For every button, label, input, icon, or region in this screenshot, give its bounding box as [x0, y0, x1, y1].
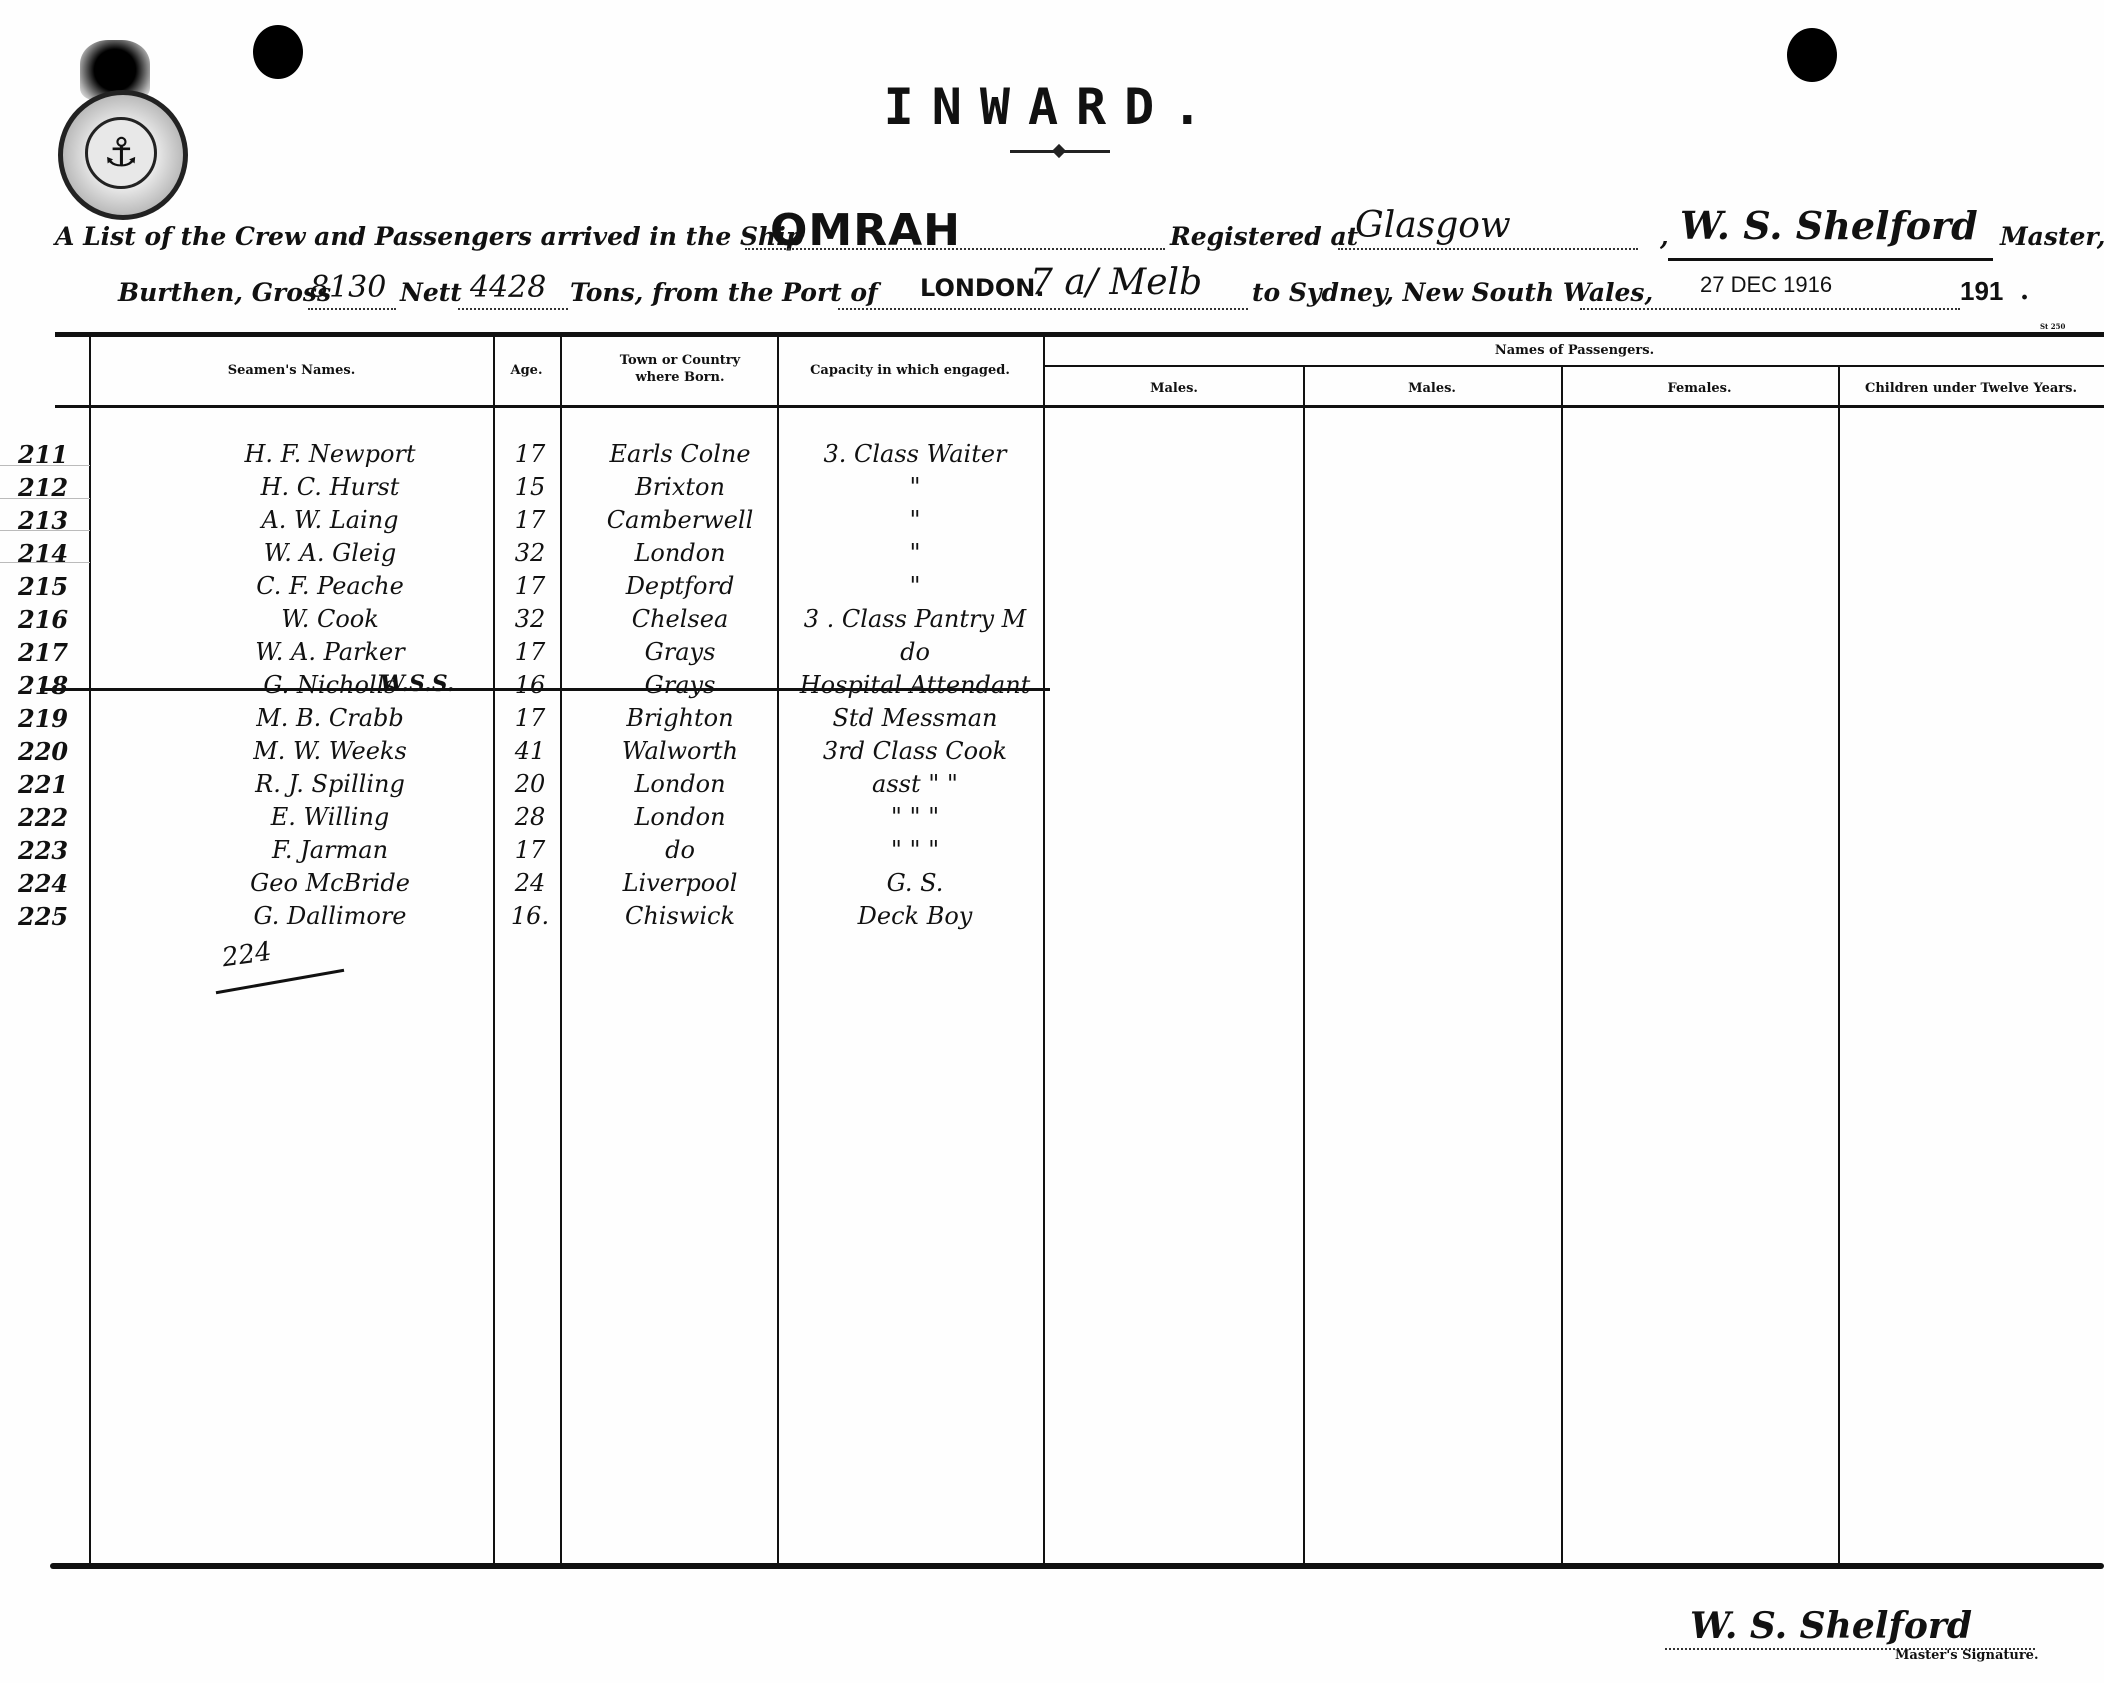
capacity: G. S. — [790, 869, 1040, 897]
tally-underline — [216, 969, 345, 995]
row-number: 220 — [18, 737, 68, 766]
birthplace: London — [580, 803, 780, 831]
capacity: Hospital Attendant — [790, 671, 1040, 699]
registered-port: Glasgow — [1355, 205, 1511, 246]
birthplace: Grays — [580, 671, 780, 699]
col-divider — [1838, 367, 1840, 1565]
row-number: 224 — [18, 869, 68, 898]
col-divider — [1561, 367, 1563, 1565]
header-line1-prefix: A List of the Crew and Passengers arrive… — [55, 222, 803, 251]
seaman-age: 16 — [500, 671, 560, 699]
capacity: " — [790, 473, 1040, 501]
col-header-children: Children under Twelve Years. — [1838, 380, 2104, 397]
table-row: 223F. Jarman17do" " " — [0, 836, 1060, 869]
seaman-age: 17 — [500, 836, 560, 864]
seaman-name: W. A. Parker — [180, 638, 480, 666]
birthplace: do — [580, 836, 780, 864]
row-number: 221 — [18, 770, 68, 799]
col-header-males-2: Males. — [1303, 380, 1561, 397]
table-row: 219M. B. Crabb17BrightonStd Messman — [0, 704, 1060, 737]
seaman-age: 32 — [500, 539, 560, 567]
row-number: 216 — [18, 605, 68, 634]
passengers-subheader-rule — [1045, 365, 2104, 367]
capacity: " — [790, 506, 1040, 534]
birthplace: Earls Colne — [580, 440, 780, 468]
row-number: 212 — [18, 473, 68, 502]
form-code: St 250 — [2040, 322, 2065, 331]
seaman-name: M. W. Weeks — [180, 737, 480, 765]
table-row: 222E. Willing28London" " " — [0, 803, 1060, 836]
strike-through-line — [40, 688, 1050, 691]
seaman-name: Geo McBride — [180, 869, 480, 897]
capacity: 3 . Class Pantry M — [790, 605, 1040, 633]
seaman-age: 15 — [500, 473, 560, 501]
table-row: 212H. C. Hurst15Brixton" — [0, 473, 1060, 506]
title-ornament — [1010, 150, 1110, 153]
comma: , — [1660, 222, 1669, 251]
seaman-name: M. B. Crabb — [180, 704, 480, 732]
row-number: 225 — [18, 902, 68, 931]
col-header-seamens-names: Seamen's Names. — [90, 362, 493, 379]
row-number: 214 — [18, 539, 68, 568]
table-row: 225G. Dallimore16.ChiswickDeck Boy — [0, 902, 1060, 935]
nett-tons: 4428 — [470, 270, 546, 305]
col-header-passengers: Names of Passengers. — [1045, 342, 2104, 359]
seaman-name: H. F. Newport — [180, 440, 480, 468]
seaman-name: F. Jarman — [180, 836, 480, 864]
row-number: 211 — [18, 440, 68, 469]
col-divider — [1303, 367, 1305, 1565]
capacity: " " " — [790, 803, 1040, 831]
master-label: Master, — [2000, 222, 2104, 251]
seaman-name: R. J. Spilling — [180, 770, 480, 798]
seaman-age: 17 — [500, 572, 560, 600]
burthen-label: Burthen, Gross — [118, 278, 331, 307]
registered-label: Registered at — [1170, 222, 1358, 251]
seaman-age: 20 — [500, 770, 560, 798]
capacity: " — [790, 539, 1040, 567]
row-number: 218 — [18, 671, 68, 700]
birthplace: Chelsea — [580, 605, 780, 633]
table-row: 214W. A. Gleig32London" — [0, 539, 1060, 572]
seaman-name: A. W. Laing — [180, 506, 480, 534]
table-row: 221R. J. Spilling20Londonasst " " — [0, 770, 1060, 803]
table-row-struck: 218G. NichollsW.S.S.16GraysHospital Atte… — [0, 671, 1060, 704]
tally-number: 224 — [220, 937, 273, 974]
nett-label: Nett — [400, 278, 462, 307]
document-title: INWARD. — [0, 78, 2104, 136]
seaman-age: 16. — [500, 902, 560, 930]
table-bottom-rule — [50, 1563, 2104, 1569]
row-number: 217 — [18, 638, 68, 667]
table-row: 216W. Cook32Chelsea3 . Class Pantry M — [0, 605, 1060, 638]
row-number: 215 — [18, 572, 68, 601]
seaman-age: 17 — [500, 506, 560, 534]
table-row: 211H. F. Newport17Earls Colne3. Class Wa… — [0, 440, 1060, 473]
master-signature: W. S. Shelford — [1690, 1605, 1972, 1647]
table-row: 215C. F. Peache17Deptford" — [0, 572, 1060, 605]
master-signature-label: Master's Signature. — [1895, 1648, 2038, 1663]
col-header-age: Age. — [493, 362, 560, 379]
master-underline — [1668, 258, 1993, 261]
date-stamp: 27 DEC 1916 — [1700, 272, 1832, 298]
row-number: 222 — [18, 803, 68, 832]
table-row: 224Geo McBride24LiverpoolG. S. — [0, 869, 1060, 902]
birthplace: Grays — [580, 638, 780, 666]
table-top-rule — [55, 332, 2104, 337]
seaman-age: 41 — [500, 737, 560, 765]
punch-hole — [253, 25, 303, 79]
strike-initials: W.S.S. — [380, 671, 454, 697]
birthplace: Deptford — [580, 572, 780, 600]
seaman-age: 17 — [500, 704, 560, 732]
row-number: 213 — [18, 506, 68, 535]
capacity: asst " " — [790, 770, 1040, 798]
capacity: 3. Class Waiter — [790, 440, 1040, 468]
table-row: 220M. W. Weeks41Walworth3rd Class Cook — [0, 737, 1060, 770]
birthplace: London — [580, 539, 780, 567]
seaman-age: 28 — [500, 803, 560, 831]
birthplace: Camberwell — [580, 506, 780, 534]
capacity: " " " — [790, 836, 1040, 864]
table-row: 213A. W. Laing17Camberwell" — [0, 506, 1060, 539]
punch-hole — [1787, 28, 1837, 82]
birthplace: Liverpool — [580, 869, 780, 897]
birthplace: London — [580, 770, 780, 798]
capacity: Std Messman — [790, 704, 1040, 732]
header-bottom-rule — [55, 405, 2104, 408]
capacity: " — [790, 572, 1040, 600]
seaman-age: 17 — [500, 440, 560, 468]
row-number: 223 — [18, 836, 68, 865]
capacity: Deck Boy — [790, 902, 1040, 930]
tons-label: Tons, from the Port of — [570, 278, 878, 307]
col-header-town: Town or Country where Born. — [600, 352, 760, 386]
master-name: W. S. Shelford — [1680, 203, 1978, 248]
col-header-males-1: Males. — [1045, 380, 1303, 397]
seaman-name: C. F. Peache — [180, 572, 480, 600]
col-header-capacity: Capacity in which engaged. — [777, 362, 1043, 379]
birthplace: Walworth — [580, 737, 780, 765]
seaman-age: 24 — [500, 869, 560, 897]
gross-tons: 8130 — [310, 270, 386, 305]
capacity: 3rd Class Cook — [790, 737, 1040, 765]
seaman-age: 32 — [500, 605, 560, 633]
seaman-name: E. Willing — [180, 803, 480, 831]
birthplace: Brixton — [580, 473, 780, 501]
birthplace: Brighton — [580, 704, 780, 732]
seaman-name: H. C. Hurst — [180, 473, 480, 501]
seaman-name: W. A. Gleig — [180, 539, 480, 567]
ship-name: OMRAH — [770, 205, 961, 256]
table-row: 217W. A. Parker17Graysdo — [0, 638, 1060, 671]
seaman-name: G. Dallimore — [180, 902, 480, 930]
from-port: LONDON. — [920, 274, 1044, 302]
row-number: 219 — [18, 704, 68, 733]
capacity: do — [790, 638, 1040, 666]
port-annotation: 7 a/ Melb — [1030, 262, 1202, 303]
col-header-females: Females. — [1561, 380, 1838, 397]
year-prefix: 191 — [1960, 276, 2003, 307]
seaman-age: 17 — [500, 638, 560, 666]
year-suffix: . — [2020, 276, 2029, 306]
birthplace: Chiswick — [580, 902, 780, 930]
seaman-name: W. Cook — [180, 605, 480, 633]
